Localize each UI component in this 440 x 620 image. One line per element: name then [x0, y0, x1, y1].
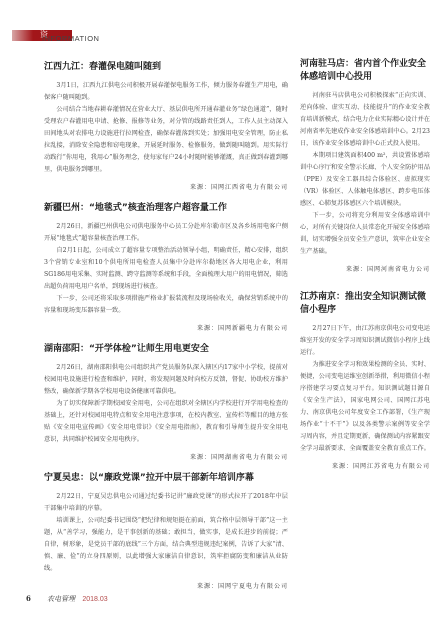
article-paragraph: 2月22日，宁夏吴忠供电公司通过纪委书记讲“廉政党课”的形式拉开了2018年中层… — [44, 491, 288, 515]
article-source: 来源：国网江西省电力有限公司 — [44, 182, 288, 191]
article-jiangxi: 江西九江：春灌保电随叫随到 3月1日，江西九江供电公司积极开展春灌保电服务工作，… — [44, 61, 288, 191]
article-henan: 河南驻马店：省内首个作业安全体感培训中心投用 河南驻马店供电公司积极探索“正向实… — [300, 58, 430, 273]
article-source: 来源：国网江苏省电力有限公司 — [300, 461, 430, 470]
article-hunan: 湖南邵阳：“开学体检”让师生用电更安全 2月26日，湖南邵阳供电公司组织共产党员… — [44, 343, 288, 461]
article-source: 来源：国网河南省电力公司 — [300, 264, 430, 273]
article-title: 湖南邵阳：“开学体检”让师生用电更安全 — [44, 343, 288, 356]
page-footer: 6 农电管理 2018.03 — [26, 594, 108, 604]
left-column: 江西九江：春灌保电随叫随到 3月1日，江西九江供电公司积极开展春灌保电服务工作，… — [44, 61, 288, 601]
article-xinjiang: 新疆巴州：“地毯式”核查治理客户超容量工作 2月26日，新疆巴州供电公司供电服务… — [44, 202, 288, 332]
right-column: 河南驻马店：省内首个作业安全体感培训中心投用 河南驻马店供电公司积极探索“正向实… — [300, 58, 430, 481]
article-paragraph: 下一步，公司还将采取多项措施严格业扩报装流程及现场验收关，确保营销系统中的容量和… — [44, 293, 288, 317]
article-title: 江西九江：春灌保电随叫随到 — [44, 61, 288, 74]
section-title-en: INFORMATION — [42, 34, 99, 43]
page-number: 6 — [26, 594, 31, 603]
article-paragraph: 本期项目建筑面积400 m²，共设置体感培训中心序厅和安全警示长廊、个人安全防护… — [300, 150, 430, 210]
article-paragraph: 为推进安全学习和效果检测的全员、实时、便捷，公司变电运维室创新举措，利用微信小程… — [300, 359, 430, 455]
article-jiangsu: 江苏南京：推出安全知识测试微信小程序 2月27日下午，由江苏南京供电公司变电运维… — [300, 291, 430, 470]
article-paragraph: 2月27日下午，由江苏南京供电公司变电运维室开发的安全学习周知识测试微信小程序上… — [300, 323, 430, 359]
article-title: 新疆巴州：“地毯式”核查治理客户超容量工作 — [44, 202, 288, 215]
article-paragraph: 培训课上，公司纪委书记围绕“把纪律和规矩挺在前面，筑合格中层领导干部”这一主题，… — [44, 515, 288, 575]
article-ningxia: 宁夏吴忠：以“廉政党课”拉开中层干部新年培训序幕 2月22日，宁夏吴忠供电公司通… — [44, 472, 288, 590]
article-paragraph: 河南驻马店供电公司积极探索“正向实训、逆向体验、虚实互动、技能提升”的作业安全教… — [300, 90, 430, 150]
article-paragraph: 2月26日，湖南邵阳供电公司组织共产党员服务队深入辖区内17家中小学校，提前对校… — [44, 362, 288, 398]
article-paragraph: 下一步，公司将充分利用安全体感培训中心，对所有关键岗位人员常态化开展安全体感培训… — [300, 210, 430, 258]
magazine-name: 农电管理 — [47, 595, 75, 603]
article-source: 来源：国网宁夏电力有限公司 — [44, 581, 288, 590]
article-paragraph: 公司结合当地春耕春灌情况在营业大厅、基层供电所开通春灌业务“绿色通道”，随时受理… — [44, 104, 288, 176]
article-paragraph: 为了切实保障新学期校园安全用电，公司在组织对全辖区内学校进行开学用电检查的基础上… — [44, 398, 288, 446]
article-title: 江苏南京：推出安全知识测试微信小程序 — [300, 291, 430, 317]
article-paragraph: 2月26日，新疆巴州供电公司供电服务中心员工分赴库尔勒市区及各乡场用电客户侧开展… — [44, 221, 288, 245]
article-paragraph: 自2月1日起，公司成立了超容量专项整治活动领导小组，明确责任，精心安排，组织3个… — [44, 245, 288, 293]
article-paragraph: 3月1日，江西九江供电公司积极开展春灌保电服务工作，倾力服务春灌生产用电，确保客… — [44, 80, 288, 104]
article-source: 来源：国网新疆电力有限公司 — [44, 323, 288, 332]
article-title: 宁夏吴忠：以“廉政党课”拉开中层干部新年培训序幕 — [44, 472, 288, 485]
article-title: 河南驻马店：省内首个作业安全体感培训中心投用 — [300, 58, 430, 84]
article-source: 来源：国网湖南省电力有限公司 — [44, 452, 288, 461]
issue-date: 2018.03 — [82, 596, 107, 603]
